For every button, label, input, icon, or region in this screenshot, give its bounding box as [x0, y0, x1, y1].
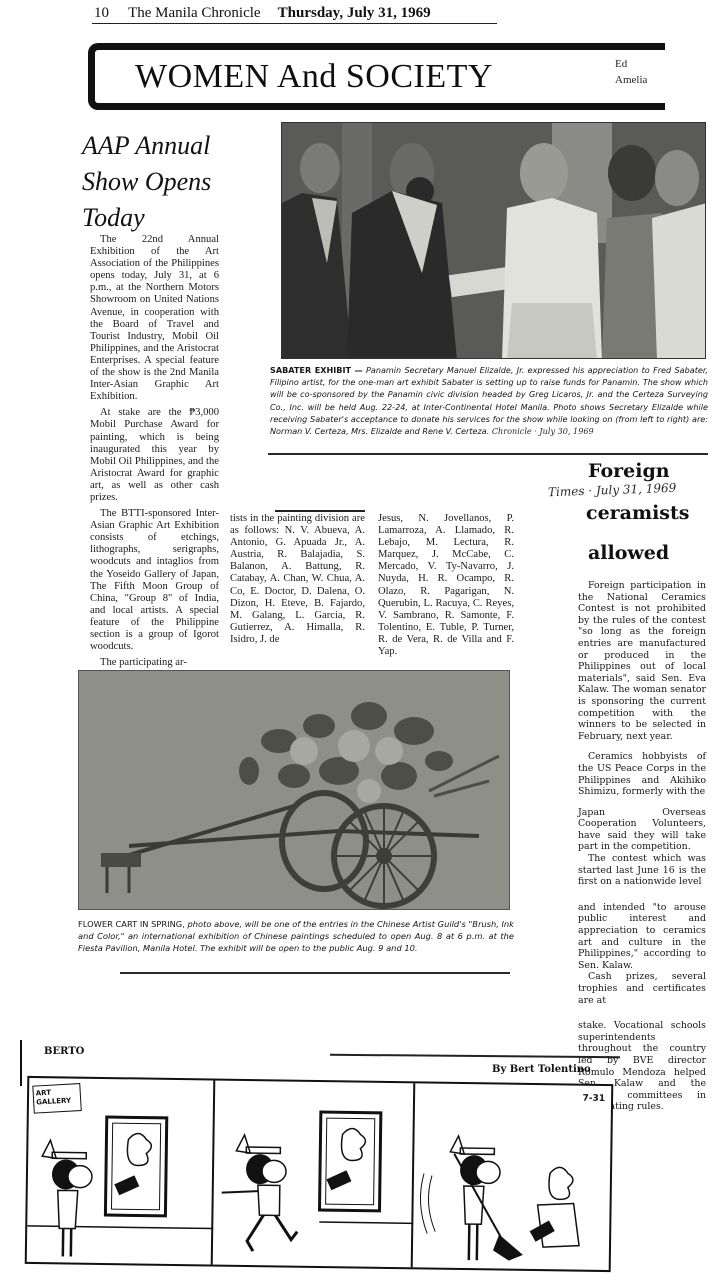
handwritten-source-note: Times · July 31, 1969: [548, 481, 677, 499]
folio-line: 10 The Manila Chronicle Thursday, July 3…: [92, 2, 497, 24]
comic-panel-2: [213, 1081, 416, 1268]
paragraph: The BTTI-sponsored Inter-Asian Graphic A…: [90, 508, 219, 653]
comic-drawing-2: [213, 1081, 416, 1268]
handwritten-source-note: Chronicle · July 30, 1969: [492, 426, 594, 436]
headline-line: Today: [82, 200, 262, 236]
headline-line: ceramists: [586, 502, 689, 524]
comic-panel-1: ART GALLERY: [27, 1078, 216, 1265]
issue-date: Thursday, July 31, 1969: [278, 3, 431, 23]
section-title: WOMEN And SOCIETY: [135, 56, 493, 98]
photo-image: [282, 123, 706, 359]
photo-caption-sabater: SABATER EXHIBIT — Panamin Secretary Manu…: [270, 364, 708, 437]
caption-rule: [268, 453, 708, 455]
artist-list-part-1: tists in the painting division are as fo…: [230, 513, 365, 646]
comic-strip-berto: ART GALLERY: [25, 1076, 614, 1272]
paragraph: Cash prizes, several trophies and certif…: [578, 971, 706, 1006]
headline-line: Show Opens: [82, 164, 262, 200]
paragraph: At stake are the ₱3,000 Mobil Purchase A…: [90, 407, 219, 504]
column-rule: [275, 510, 365, 512]
sign-text: GALLERY: [36, 1096, 78, 1107]
caption-lead: SABATER EXHIBIT —: [270, 365, 363, 375]
article-aap-column-1: The 22nd Annual Exhibition of the Art As…: [90, 234, 219, 673]
article-ceramists-column: Foreign participation in the National Ce…: [578, 580, 706, 1113]
comic-byline: By Bert Tolentino: [492, 1064, 591, 1075]
comic-top-rule: [330, 1054, 620, 1059]
article-aap-column-3: Jesus, N. Jovellanos, P. Lamarroza, A. L…: [378, 513, 514, 662]
article-aap-column-2: tists in the painting division are as fo…: [230, 513, 365, 650]
photo-flower-cart-painting: [78, 670, 510, 910]
paragraph: The participating ar-: [90, 657, 219, 669]
comic-margin-rule: [20, 1040, 22, 1086]
comic-panel-3: 7-31: [413, 1083, 614, 1270]
paragraph: and intended "to arouse public interest …: [578, 902, 706, 972]
publication-name: The Manila Chronicle: [128, 3, 260, 23]
paragraph: The contest which was started last June …: [578, 853, 706, 888]
comic-drawing-3: [413, 1083, 614, 1270]
photo-sabater-exhibit: [281, 122, 706, 359]
comic-title: BERTO: [44, 1046, 84, 1057]
caption-body: Panamin Secretary Manuel Elizalde, Jr. e…: [270, 365, 708, 436]
caption-rule: [120, 972, 510, 974]
caption-lead: FLOWER CART IN SPRING,: [78, 919, 185, 929]
editor-credit-line-1: Ed: [615, 58, 665, 70]
paragraph: Ceramics hobbyists of the US Peace Corps…: [578, 751, 706, 797]
photo-caption-flower-cart: FLOWER CART IN SPRING, photo above, will…: [78, 919, 514, 954]
headline-line: allowed: [588, 542, 669, 564]
comic-strip-date: 7-31: [582, 1094, 605, 1104]
headline-line: AAP Annual: [82, 128, 262, 164]
headline-line: Foreign: [588, 460, 670, 482]
paragraph: Japan Overseas Cooperation Volunteers, h…: [578, 807, 706, 853]
art-gallery-sign: ART GALLERY: [32, 1083, 81, 1114]
paragraph: The 22nd Annual Exhibition of the Art As…: [90, 234, 219, 403]
paragraph: Foreign participation in the National Ce…: [578, 580, 706, 742]
headline-aap-show: AAP Annual Show Opens Today: [82, 128, 262, 236]
page-number: 10: [94, 3, 109, 23]
painting-image: [79, 671, 510, 910]
editor-credit-line-2: Amelia: [615, 74, 665, 86]
artist-list-part-2: Jesus, N. Jovellanos, P. Lamarroza, A. L…: [378, 513, 514, 658]
section-banner: WOMEN And SOCIETY Ed Amelia: [88, 43, 665, 110]
